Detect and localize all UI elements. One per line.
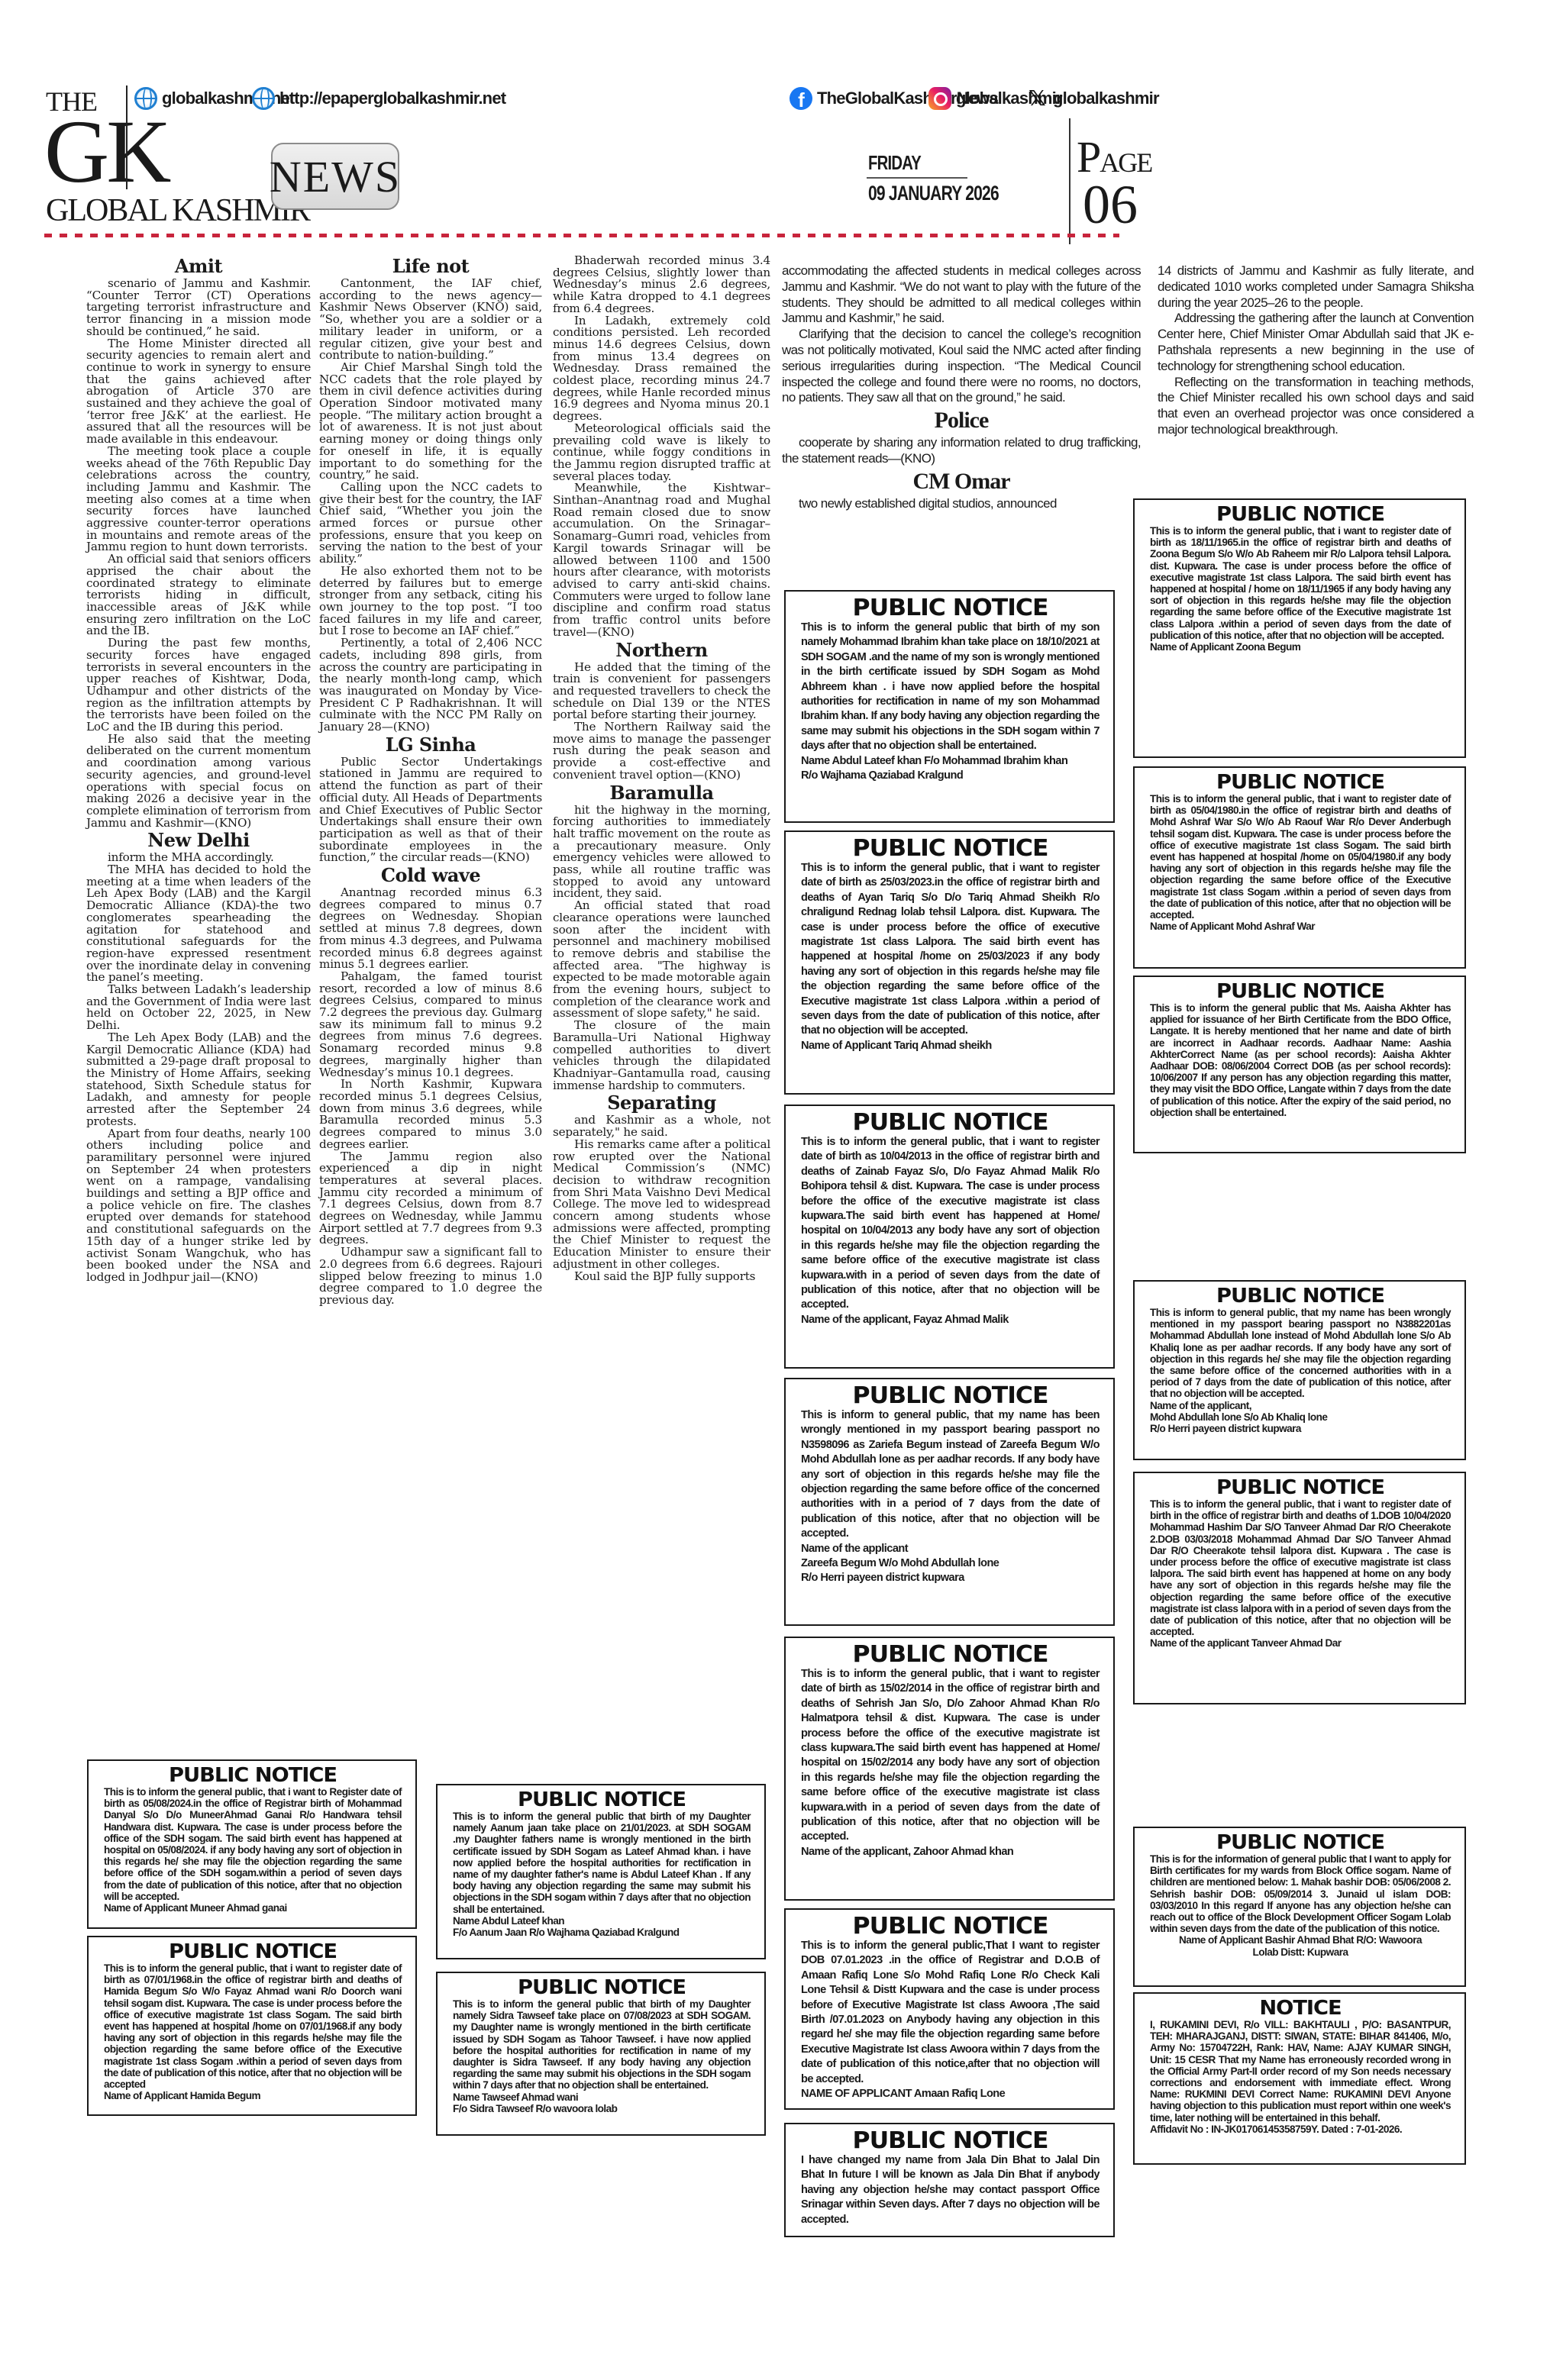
notice-signature: Name of the applicant Tanveer Ahmad Dar [1150, 1637, 1451, 1649]
notice-title: PUBLIC NOTICE [1142, 1286, 1458, 1307]
article-headline: Cold wave [319, 864, 542, 887]
article-headline: Police [782, 406, 1141, 435]
notice-signature: Name of Applicant Zoona Begum [1150, 641, 1451, 653]
social-link-epaper[interactable]: http://epaperglobalkashmir.net [252, 87, 505, 110]
article-paragraph: During the past few months, security for… [86, 637, 311, 734]
globe-icon [134, 87, 157, 110]
issue-date: 09 JANUARY 2026 [868, 182, 999, 205]
notice-signature: R/o Herri payeen district kupwara [1150, 1423, 1451, 1434]
article-paragraph: Pahalgam, the famed tourist resort, reco… [319, 971, 542, 1079]
masthead-dashed-rule [44, 234, 1119, 237]
article-paragraph: Anantnag recorded minus 6.3 degrees comp… [319, 887, 542, 971]
article-paragraph: Pertinently, a total of 2,406 NCC cadets… [319, 637, 542, 734]
article-headline: Separating [553, 1092, 770, 1114]
public-notice: PUBLIC NOTICEThis is to inform the gener… [87, 1936, 417, 2116]
page-number: 06 [1083, 177, 1138, 232]
notice-signature: Name Abdul Lateef khan F/o Mohammad Ibra… [801, 754, 1100, 769]
notice-body: This is to inform the general public, th… [104, 1786, 402, 1902]
article-paragraph: Air Chief Marshal Singh told the NCC cad… [319, 362, 542, 482]
article-paragraph: In Ladakh, extremely cold conditions per… [553, 315, 770, 423]
notice-signature: Zareefa Begum W/o Mohd Abdullah lone [801, 1556, 1100, 1571]
notice-signature: R/o Wajhama Qaziabad Kralgund [801, 769, 1100, 783]
public-notice: NOTICEI, RUKAMINI DEVI, R/o VILL: BAKHTA… [1133, 1992, 1466, 2165]
article-paragraph: The MHA has decided to hold the meeting … [86, 864, 311, 984]
notice-body: This is to inform the general public, th… [801, 1667, 1100, 1845]
notice-signature: Name of Applicant Mohd Ashraf War [1150, 921, 1451, 932]
notice-signature: Name of Applicant Hamida Begum [104, 2090, 402, 2101]
article-paragraph: Meteorological officials said the prevai… [553, 423, 770, 483]
notice-body: This is for the information of general p… [1150, 1853, 1451, 1934]
notice-signature: NAME OF APPLICANT Amaan Rafiq Lone [801, 2087, 1100, 2101]
notice-body: This is to inform the general public tha… [801, 621, 1100, 754]
notice-signature: Affidavit No : IN-JK01706145358759Y. Dat… [1150, 2124, 1451, 2135]
page-divider [1069, 118, 1070, 244]
notice-signature: Name of the applicant, Zahoor Ahmad khan [801, 1845, 1100, 1859]
notice-title: PUBLIC NOTICE [96, 1942, 409, 1962]
article-paragraph: 14 districts of Jammu and Kashmir as ful… [1158, 263, 1474, 311]
notice-signature: Name Abdul Lateef khan [453, 1915, 751, 1927]
public-notice: PUBLIC NOTICEThis is to inform the gener… [1133, 766, 1466, 969]
article-paragraph: hit the highway in the morning, forcing … [553, 805, 770, 901]
article-column-4: accommodating the affected students in m… [782, 263, 1141, 512]
public-notice: PUBLIC NOTICEThis is for the information… [1133, 1827, 1466, 1987]
social-link-x[interactable]: 𝕏 globalkashmir [1025, 87, 1159, 110]
public-notice: PUBLIC NOTICEThis is to inform the gener… [1133, 976, 1466, 1153]
article-paragraph: Koul said the BJP fully supports [553, 1271, 770, 1283]
notice-title: PUBLIC NOTICE [793, 2129, 1107, 2153]
article-paragraph: The Home Minister directed all security … [86, 338, 311, 446]
notice-title: PUBLIC NOTICE [445, 1790, 758, 1811]
notice-body: This is inform to general public, that m… [801, 1408, 1100, 1542]
notice-signature: Name of Applicant Tariq Ahmad sheikh [801, 1039, 1100, 1053]
notice-title: PUBLIC NOTICE [793, 1384, 1107, 1408]
public-notice: PUBLIC NOTICEThis is inform to general p… [784, 1378, 1115, 1626]
public-notice: PUBLIC NOTICEThis is to inform the gener… [1133, 1472, 1466, 1704]
article-paragraph: and Kashmir as a whole, not separately,"… [553, 1114, 770, 1138]
social-label: globalkashmir [1053, 89, 1159, 108]
article-paragraph: scenario of Jammu and Kashmir. “Counter … [86, 278, 311, 338]
article-paragraph: Addressing the gathering after the launc… [1158, 311, 1474, 374]
article-headline: Baramulla [553, 782, 770, 805]
public-notice: PUBLIC NOTICEThis is to inform the gener… [784, 1105, 1115, 1369]
article-column-5: 14 districts of Jammu and Kashmir as ful… [1158, 263, 1474, 438]
logo-divider [126, 85, 128, 189]
notice-body: This is to inform the general public, th… [1150, 525, 1451, 641]
notice-body: This is inform to general public, that m… [1150, 1307, 1451, 1400]
notice-signature: Name of the applicant, Fayaz Ahmad Malik [801, 1313, 1100, 1327]
article-paragraph: Apart from four deaths, nearly 100 other… [86, 1128, 311, 1284]
notice-body: This is to inform the general public, th… [1150, 793, 1451, 921]
notice-title: PUBLIC NOTICE [793, 1111, 1107, 1135]
notice-title: PUBLIC NOTICE [96, 1766, 409, 1786]
article-paragraph: In North Kashmir, Kupwara recorded minus… [319, 1079, 542, 1150]
article-headline: Northern [553, 639, 770, 662]
notice-signature: Mohd Abdullah lone S/o Ab Khaliq lone [1150, 1411, 1451, 1423]
notice-signature: Name of Applicant Bashir Ahmad Bhat R/O:… [1150, 1934, 1451, 1946]
notice-body: This is to inform the general public, th… [801, 1135, 1100, 1313]
public-notice: PUBLIC NOTICEI have changed my name from… [784, 2123, 1115, 2237]
article-headline: New Delhi [86, 829, 311, 852]
public-notice: PUBLIC NOTICEThis is to inform the gener… [1133, 498, 1466, 758]
public-notice: PUBLIC NOTICEThis is inform to general p… [1133, 1280, 1466, 1460]
notice-body: This is to inform the general public tha… [1150, 1002, 1451, 1118]
date-divider [867, 177, 967, 179]
article-paragraph: Udhampur saw a significant fall to 2.0 d… [319, 1246, 542, 1307]
x-icon: 𝕏 [1025, 87, 1048, 110]
article-paragraph: Bhaderwah recorded minus 3.4 degrees Cel… [553, 255, 770, 315]
article-paragraph: The Leh Apex Body (LAB) and the Kargil D… [86, 1032, 311, 1128]
social-label: http://epaperglobalkashmir.net [279, 89, 505, 108]
article-paragraph: An official stated that road clearance o… [553, 900, 770, 1020]
notice-title: PUBLIC NOTICE [793, 1914, 1107, 1939]
article-paragraph: He also said that the meeting deliberate… [86, 734, 311, 830]
article-paragraph: The closure of the main Baramulla–Uri Na… [553, 1020, 770, 1092]
section-label: NEWS [271, 143, 399, 210]
notice-title: PUBLIC NOTICE [445, 1978, 758, 1998]
notice-body: This is to inform the general public, th… [801, 861, 1100, 1039]
article-paragraph: Talks between Ladakh’s leadership and th… [86, 984, 311, 1032]
public-notice: PUBLIC NOTICEThis is to inform the gener… [784, 830, 1115, 1095]
notice-title: PUBLIC NOTICE [1142, 1478, 1458, 1498]
article-paragraph: Reflecting on the transformation in teac… [1158, 375, 1474, 438]
article-paragraph: Public Sector Undertakings stationed in … [319, 756, 542, 864]
article-paragraph: He added that the timing of the train is… [553, 662, 770, 722]
article-headline: Life not [319, 255, 542, 278]
article-paragraph: two newly established digital studios, a… [782, 496, 1141, 512]
notice-title: PUBLIC NOTICE [1142, 1833, 1458, 1853]
notice-signature: R/o Herri payeen district kupwara [801, 1571, 1100, 1585]
notice-title: NOTICE [1142, 1998, 1458, 2019]
notice-title: PUBLIC NOTICE [793, 1643, 1107, 1667]
article-paragraph: The meeting took place a couple weeks ah… [86, 446, 311, 553]
article-headline: Amit [86, 255, 311, 278]
article-paragraph: Calling upon the NCC cadets to give thei… [319, 482, 542, 566]
notice-body: This is to inform the general public, th… [104, 1962, 402, 2090]
notice-title: PUBLIC NOTICE [1142, 772, 1458, 793]
notice-body: I have changed my name from Jala Din Bha… [801, 2153, 1100, 2227]
notice-signature: Name of the applicant, [1150, 1400, 1451, 1411]
masthead: THE GK GLOBAL KASHMIR globalkashmir.net … [0, 0, 1550, 244]
notice-signature: Name of Applicant Muneer Ahmad ganai [104, 1902, 402, 1914]
issue-day: FRIDAY [868, 151, 921, 175]
facebook-icon: f [790, 87, 812, 110]
article-headline: LG Sinha [319, 734, 542, 756]
article-paragraph: Clarifying that the decision to cancel t… [782, 327, 1141, 406]
article-paragraph: Meanwhile, the Kishtwar–Sinthan–Anantnag… [553, 482, 770, 638]
notice-body: This is to inform the general public, th… [1150, 1498, 1451, 1637]
article-column-1: Amitscenario of Jammu and Kashmir. “Coun… [86, 255, 311, 1284]
article-paragraph: The Jammu region also experienced a dip … [319, 1151, 542, 1247]
article-headline: CM Omar [782, 467, 1141, 496]
public-notice: PUBLIC NOTICEThis is to inform the gener… [784, 590, 1115, 823]
notice-signature: F/o Sidra Tawseef R/o wavoora lolab [453, 2103, 751, 2114]
article-paragraph: Cantonment, the IAF chief, according to … [319, 278, 542, 362]
notice-body: This is to inform the general public tha… [453, 1811, 751, 1915]
public-notice: PUBLIC NOTICEThis is to inform the gener… [436, 1972, 766, 2136]
notice-title: PUBLIC NOTICE [793, 596, 1107, 621]
notice-signature: Name of the applicant [801, 1542, 1100, 1556]
notice-signature: F/o Aanum Jaan R/o Wajhama Qaziabad Kral… [453, 1927, 751, 1938]
public-notice: PUBLIC NOTICEThis is to inform the gener… [87, 1759, 417, 1929]
article-paragraph: accommodating the affected students in m… [782, 263, 1141, 327]
public-notice: PUBLIC NOTICEThis is to inform the gener… [784, 1637, 1115, 1901]
notice-signature: Lolab Distt: Kupwara [1150, 1946, 1451, 1958]
article-column-3: Bhaderwah recorded minus 3.4 degrees Cel… [553, 255, 770, 1282]
public-notice: PUBLIC NOTICEThis is to inform the gener… [784, 1908, 1115, 2110]
notice-body: This is to inform the general public tha… [453, 1998, 751, 2091]
article-paragraph: The Northern Railway said the move aims … [553, 721, 770, 782]
article-paragraph: An official said that seniors officers a… [86, 553, 311, 637]
article-paragraph: His remarks came after a political row e… [553, 1139, 770, 1271]
notice-body: I, RUKAMINI DEVI, R/o VILL: BAKHTAULI , … [1150, 2019, 1451, 2124]
notice-body: This is to inform the general public,Tha… [801, 1939, 1100, 2087]
notice-signature: Name Tawseef Ahmad wani [453, 2091, 751, 2103]
public-notice: PUBLIC NOTICEThis is to inform the gener… [436, 1784, 766, 1959]
article-paragraph: cooperate by sharing any information rel… [782, 435, 1141, 467]
notice-title: PUBLIC NOTICE [1142, 982, 1458, 1002]
notice-title: PUBLIC NOTICE [1142, 505, 1458, 525]
globe-icon [252, 87, 275, 110]
notice-title: PUBLIC NOTICE [793, 837, 1107, 861]
instagram-icon [928, 87, 951, 110]
logo-gk: GK [44, 107, 168, 197]
article-column-2: Life notCantonment, the IAF chief, accor… [319, 255, 542, 1307]
article-paragraph: He also exhorted them not to be deterred… [319, 566, 542, 637]
